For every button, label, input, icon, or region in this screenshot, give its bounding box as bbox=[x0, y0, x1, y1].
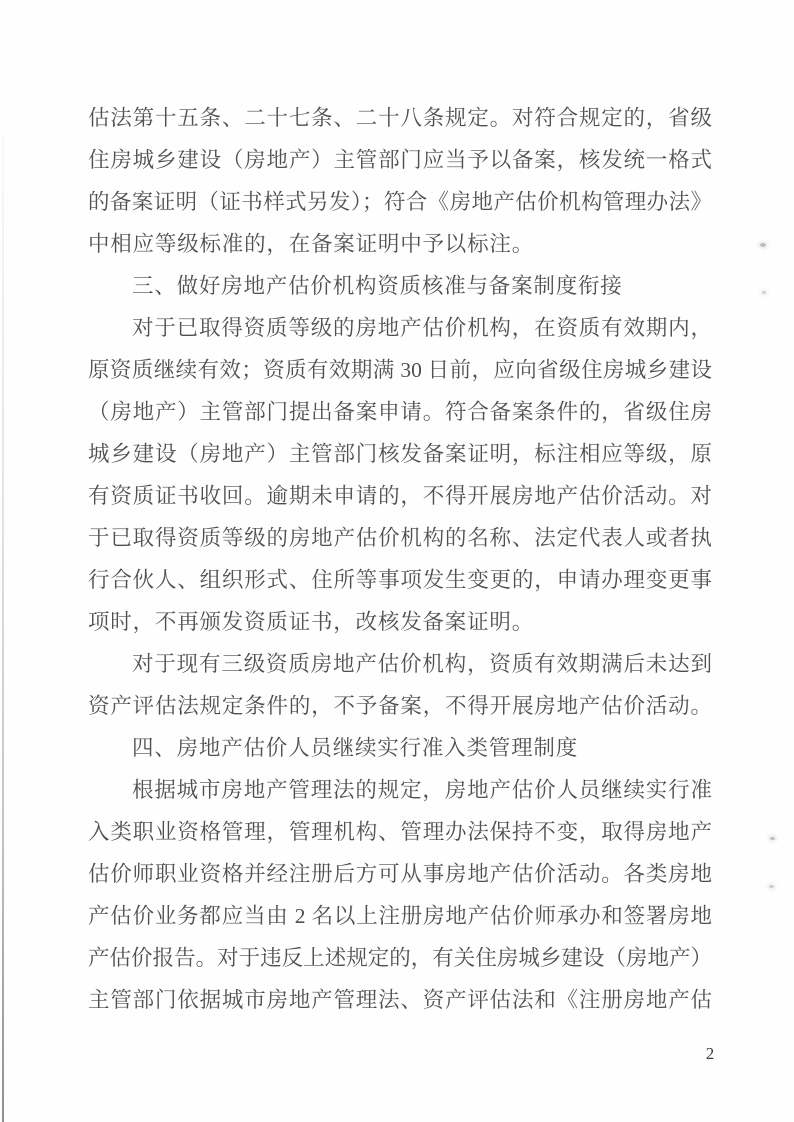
scan-artifact-left-line bbox=[2, 135, 4, 1122]
scanned-document-page: 估法第十五条、二十七条、二十八条规定。对符合规定的，省级住房城乡建设（房地产）主… bbox=[0, 0, 794, 1122]
text-line: 资产评估法规定条件的，不予备案，不得开展房地产估价活动。 bbox=[88, 685, 712, 727]
text-line: 中相应等级标准的，在备案证明中予以标注。 bbox=[88, 223, 712, 265]
text-line: 项时，不再颁发资质证书，改核发备案证明。 bbox=[88, 601, 712, 643]
text-line: 于已取得资质等级的房地产估价机构的名称、法定代表人或者执 bbox=[88, 517, 712, 559]
text-line: 对于现有三级资质房地产估价机构，资质有效期满后未达到 bbox=[88, 643, 712, 685]
text-line: 的备案证明（证书样式另发）；符合《房地产估价机构管理办法》 bbox=[88, 181, 712, 223]
scan-artifact-speck bbox=[762, 291, 766, 294]
text-line: 产估价报告。对于违反上述规定的，有关住房城乡建设（房地产） bbox=[88, 937, 712, 979]
text-line: 原资质继续有效；资质有效期满 30 日前，应向省级住房城乡建设 bbox=[88, 349, 712, 391]
text-line: 主管部门依据城市房地产管理法、资产评估法和《注册房地产估 bbox=[88, 979, 712, 1021]
text-line: 三、做好房地产估价机构资质核准与备案制度衔接 bbox=[88, 265, 712, 307]
text-line: 对于已取得资质等级的房地产估价机构，在资质有效期内， bbox=[88, 307, 712, 349]
text-line: 产估价业务都应当由 2 名以上注册房地产估价师承办和签署房地 bbox=[88, 895, 712, 937]
page-number: 2 bbox=[698, 1042, 722, 1066]
document-body-text: 估法第十五条、二十七条、二十八条规定。对符合规定的，省级住房城乡建设（房地产）主… bbox=[88, 97, 712, 1021]
text-line: 住房城乡建设（房地产）主管部门应当予以备案，核发统一格式 bbox=[88, 139, 712, 181]
scan-artifact-speck bbox=[770, 837, 775, 840]
text-line: 估价师职业资格并经注册后方可从事房地产估价活动。各类房地 bbox=[88, 853, 712, 895]
text-line: 估法第十五条、二十七条、二十八条规定。对符合规定的，省级 bbox=[88, 97, 712, 139]
text-line: 有资质证书收回。逾期未申请的，不得开展房地产估价活动。对 bbox=[88, 475, 712, 517]
scan-artifact-speck bbox=[769, 885, 774, 888]
text-line: 四、房地产估价人员继续实行准入类管理制度 bbox=[88, 727, 712, 769]
text-line: 行合伙人、组织形式、住所等事项发生变更的，申请办理变更事 bbox=[88, 559, 712, 601]
text-line: （房地产）主管部门提出备案申请。符合备案条件的，省级住房 bbox=[88, 391, 712, 433]
text-line: 城乡建设（房地产）主管部门核发备案证明，标注相应等级，原 bbox=[88, 433, 712, 475]
text-line: 根据城市房地产管理法的规定，房地产估价人员继续实行准 bbox=[88, 769, 712, 811]
scan-artifact-speck bbox=[760, 243, 766, 247]
text-line: 入类职业资格管理，管理机构、管理办法保持不变，取得房地产 bbox=[88, 811, 712, 853]
